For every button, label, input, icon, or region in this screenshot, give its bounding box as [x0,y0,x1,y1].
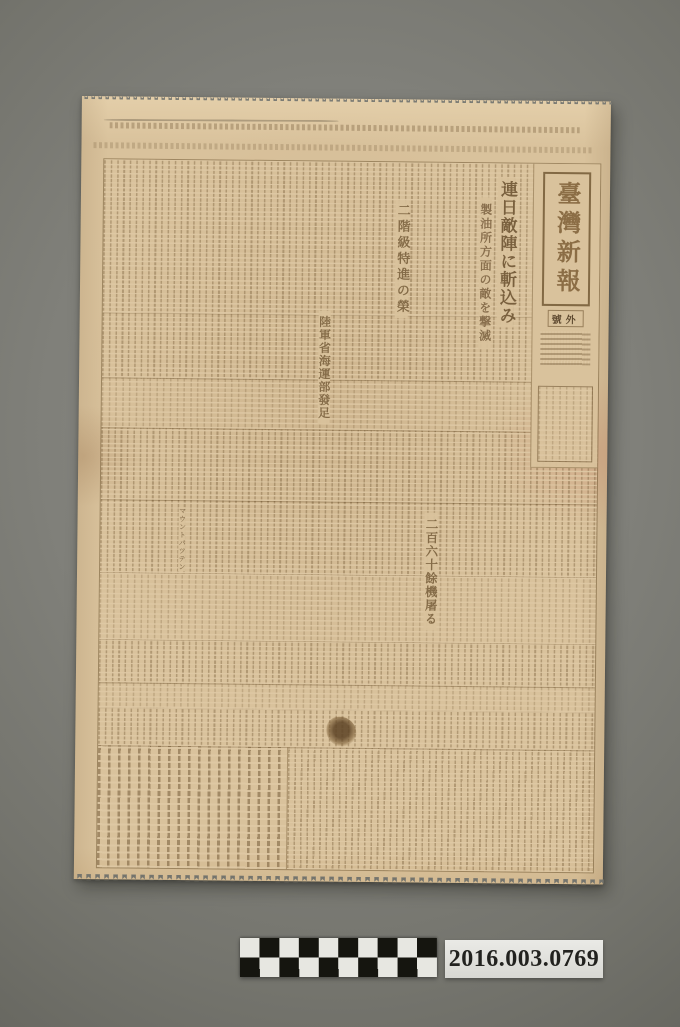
catalog-number: 2016.003.0769 [449,946,600,973]
photo-background: { "photo": { "subject": "aged newspaper … [0,0,680,1027]
calibration-scale [240,938,437,977]
headline-army: 陸軍省海運部發足 [318,310,331,424]
headline-sub: 製油所方面の敵を撃滅 [478,197,492,349]
publisher-info-lines [540,331,590,366]
column-band [103,159,535,317]
masthead-box: 臺灣新報 [542,172,591,306]
headline-promotion: 二階級特進の榮 [395,200,409,318]
column-band [101,427,598,505]
printed-frame: 臺灣新報 號外 連日敵陣に斬込み 製油所方面の敵を撃滅 二階級特進の榮 陸軍省海… [96,158,601,873]
imperial-crest-stamp-icon [326,717,356,747]
column-band [99,639,595,688]
dateline-row [110,122,580,133]
headline-planes: 二百六十餘機屠る [423,513,437,631]
column-band [100,499,597,578]
notice-box [537,386,593,463]
masthead-column: 臺灣新報 號外 [530,164,600,469]
column-band [99,572,596,645]
headline-katakana: マウントバツテン [178,507,186,571]
advert-block [97,745,287,869]
masthead-title: 臺灣新報 [554,181,579,297]
crease-line [104,119,339,122]
catalog-label: 2016.003.0769 [445,940,603,978]
edition-label: 號外 [548,310,584,327]
headline-main: 連日敵陣に斬込み [497,177,516,327]
column-band [287,747,594,872]
newspaper-page: 臺灣新報 號外 連日敵陣に斬込み 製油所方面の敵を撃滅 二階級特進の榮 陸軍省海… [74,96,611,884]
dateline-row [93,142,593,153]
